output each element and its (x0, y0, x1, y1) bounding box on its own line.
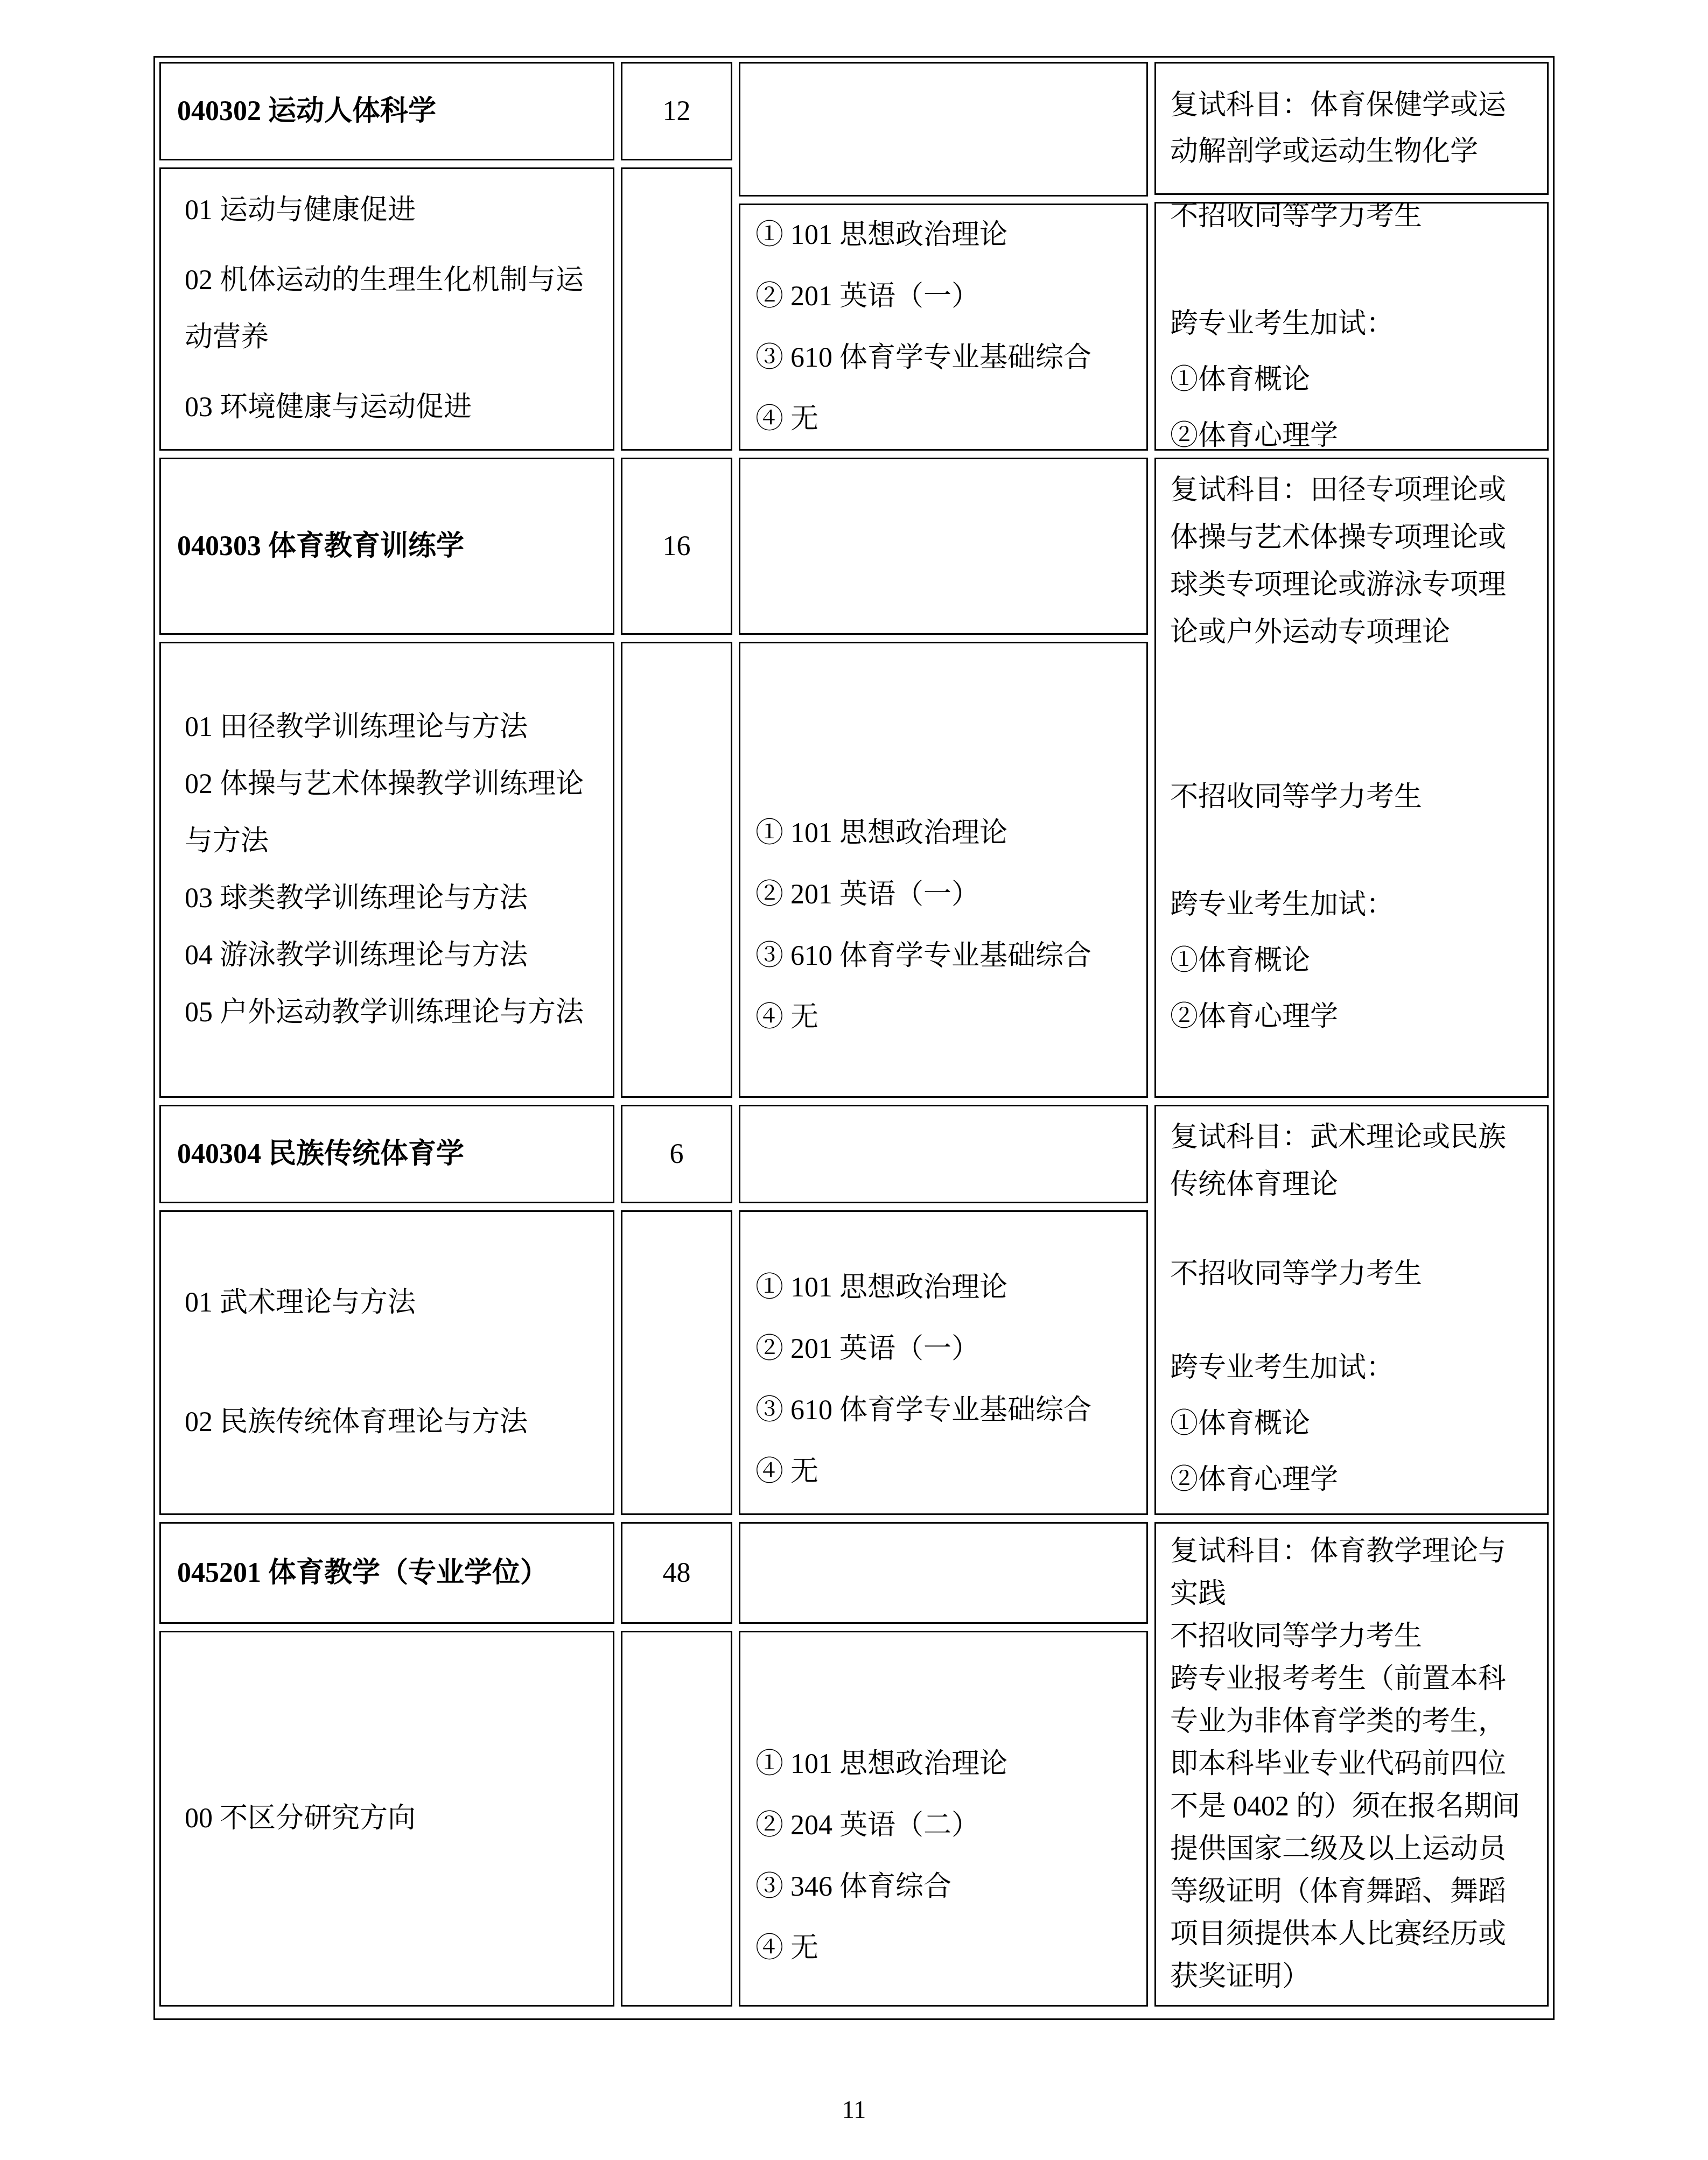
note-item: ②体育心理学 (1170, 989, 1533, 1045)
empty-cell (621, 1210, 732, 1515)
retest-text: 复试科目：武术理论或民族传统体育理论 (1170, 1114, 1533, 1209)
column-quota: 12 (621, 62, 732, 451)
direction-item: 02 体操与艺术体操教学训练理论与方法 (185, 756, 589, 870)
note-item: 跨专业考生加试： (1170, 877, 1533, 933)
subject-item: ④ 无 (755, 987, 1138, 1048)
note-item: 不招收同等学力考生 (1170, 1615, 1533, 1658)
direction-item: 04 游泳教学训练理论与方法 (185, 927, 589, 984)
program-name: 040303 体育教育训练学 (177, 524, 597, 569)
column-subjects: ① 101 思想政治理论 ② 201 英语（一） ③ 610 体育学专业基础综合… (739, 62, 1148, 451)
note-item: 不招收同等学力考生 (1170, 769, 1533, 825)
document-page: 040302 运动人体科学 01 运动与健康促进 02 机体运动的生理生化机制与… (0, 0, 1708, 2160)
subjects-cell: ① 101 思想政治理论 ② 201 英语（一） ③ 610 体育学专业基础综合… (739, 642, 1148, 1098)
subjects-cell: ① 101 思想政治理论 ② 201 英语（一） ③ 610 体育学专业基础综合… (739, 1210, 1148, 1515)
empty-cell (621, 1631, 732, 2007)
subject-item: ③ 346 体育综合 (755, 1856, 1138, 1918)
column-quota: 16 (621, 458, 732, 1098)
direction-item: 05 户外运动教学训练理论与方法 (185, 984, 589, 1041)
program-block-045201: 045201 体育教学（专业学位） 00 不区分研究方向 48 ① 101 思想… (159, 1522, 1549, 2007)
column-program: 040302 运动人体科学 01 运动与健康促进 02 机体运动的生理生化机制与… (159, 62, 614, 451)
quota-value: 12 (663, 89, 691, 134)
direction-item: 02 机体运动的生理生化机制与运动营养 (185, 252, 589, 366)
direction-item: 03 球类教学训练理论与方法 (185, 870, 589, 927)
subject-item: ① 101 思想政治理论 (755, 803, 1138, 864)
remarks-cell: 复试科目：体育教学理论与实践 不招收同等学力考生 跨专业报考考生（前置本科专业为… (1154, 1522, 1549, 2007)
quota-cell: 12 (621, 62, 732, 160)
note-item: ②体育心理学 (1170, 1452, 1533, 1508)
subject-item: ② 201 英语（一） (755, 266, 1138, 327)
subject-item: ① 101 思想政治理论 (755, 1257, 1138, 1319)
empty-cell (739, 62, 1148, 197)
note-item: ①体育概论 (1170, 352, 1533, 408)
empty-cell (621, 167, 732, 451)
program-name-cell: 045201 体育教学（专业学位） (159, 1522, 614, 1624)
note-item: 跨专业报考考生（前置本科专业为非体育学类的考生，即本科毕业专业代码前四位不是 0… (1170, 1658, 1533, 1998)
note-item: 不招收同等学力考生 (1170, 1246, 1533, 1302)
program-name: 040302 运动人体科学 (177, 89, 597, 134)
direction-item: 00 不区分研究方向 (185, 1790, 589, 1847)
column-subjects: ① 101 思想政治理论 ② 204 英语（二） ③ 346 体育综合 ④ 无 (739, 1522, 1148, 2007)
column-remarks: 复试科目：体育保健学或运动解剖学或运动生物化学 不招收同等学力考生 跨专业考生加… (1154, 62, 1549, 451)
retest-text: 复试科目：体育保健学或运动解剖学或运动生物化学 (1170, 82, 1533, 175)
empty-cell (739, 458, 1148, 635)
subject-item: ③ 610 体育学专业基础综合 (755, 925, 1138, 987)
note-item: 跨专业考生加试： (1170, 1340, 1533, 1396)
quota-cell: 16 (621, 458, 732, 635)
subject-item: ④ 无 (755, 1918, 1138, 1979)
direction-item: 01 武术理论与方法 (185, 1274, 589, 1331)
direction-item: 01 运动与健康促进 (185, 182, 589, 239)
remarks-cell: 复试科目：武术理论或民族传统体育理论 不招收同等学力考生 跨专业考生加试： ①体… (1154, 1105, 1549, 1515)
program-name-cell: 040303 体育教育训练学 (159, 458, 614, 635)
retest-cell: 复试科目：体育保健学或运动解剖学或运动生物化学 (1154, 62, 1549, 195)
subject-item: ② 204 英语（二） (755, 1795, 1138, 1856)
quota-value: 16 (663, 524, 691, 569)
column-program: 040304 民族传统体育学 01 武术理论与方法 02 民族传统体育理论与方法 (159, 1105, 614, 1515)
column-remarks: 复试科目：武术理论或民族传统体育理论 不招收同等学力考生 跨专业考生加试： ①体… (1154, 1105, 1549, 1515)
quota-value: 6 (670, 1132, 684, 1176)
subject-item: ① 101 思想政治理论 (755, 1734, 1138, 1795)
subject-item: ② 201 英语（一） (755, 864, 1138, 925)
note-item: 跨专业考生加试： (1170, 296, 1533, 352)
note-item: ①体育概论 (1170, 1396, 1533, 1452)
note-item: ②体育心理学 (1170, 408, 1533, 451)
direction-item: 01 田径教学训练理论与方法 (185, 699, 589, 756)
subjects-cell: ① 101 思想政治理论 ② 201 英语（一） ③ 610 体育学专业基础综合… (739, 204, 1148, 451)
quota-value: 48 (663, 1551, 691, 1595)
subject-item: ④ 无 (755, 389, 1138, 450)
directions-cell: 00 不区分研究方向 (159, 1631, 614, 2007)
program-block-040303: 040303 体育教育训练学 01 田径教学训练理论与方法 02 体操与艺术体操… (159, 458, 1549, 1098)
column-subjects: ① 101 思想政治理论 ② 201 英语（一） ③ 610 体育学专业基础综合… (739, 1105, 1148, 1515)
direction-item: 02 民族传统体育理论与方法 (185, 1394, 589, 1451)
program-name: 045201 体育教学（专业学位） (177, 1551, 597, 1595)
program-name-cell: 040302 运动人体科学 (159, 62, 614, 160)
column-quota: 48 (621, 1522, 732, 2007)
subject-item: ④ 无 (755, 1441, 1138, 1503)
column-quota: 6 (621, 1105, 732, 1515)
column-program: 045201 体育教学（专业学位） 00 不区分研究方向 (159, 1522, 614, 2007)
retest-text: 复试科目：田径专项理论或体操与艺术体操专项理论或球类专项理论或游泳专项理论或户外… (1170, 467, 1533, 656)
note-item: ①体育概论 (1170, 933, 1533, 989)
subjects-cell: ① 101 思想政治理论 ② 204 英语（二） ③ 346 体育综合 ④ 无 (739, 1631, 1148, 2007)
directions-cell: 01 武术理论与方法 02 民族传统体育理论与方法 (159, 1210, 614, 1515)
quota-cell: 6 (621, 1105, 732, 1203)
notes-cell: 不招收同等学力考生 跨专业考生加试： ①体育概论 ②体育心理学 (1154, 202, 1549, 451)
column-remarks: 复试科目：田径专项理论或体操与艺术体操专项理论或球类专项理论或游泳专项理论或户外… (1154, 458, 1549, 1098)
subject-item: ③ 610 体育学专业基础综合 (755, 327, 1138, 389)
program-block-040304: 040304 民族传统体育学 01 武术理论与方法 02 民族传统体育理论与方法… (159, 1105, 1549, 1515)
directions-cell: 01 运动与健康促进 02 机体运动的生理生化机制与运动营养 03 环境健康与运… (159, 167, 614, 451)
column-subjects: ① 101 思想政治理论 ② 201 英语（一） ③ 610 体育学专业基础综合… (739, 458, 1148, 1098)
program-name: 040304 民族传统体育学 (177, 1132, 597, 1176)
empty-cell (621, 642, 732, 1098)
subject-item: ① 101 思想政治理论 (755, 205, 1138, 266)
admissions-table: 040302 运动人体科学 01 运动与健康促进 02 机体运动的生理生化机制与… (153, 56, 1555, 2020)
empty-cell (739, 1522, 1148, 1624)
column-remarks: 复试科目：体育教学理论与实践 不招收同等学力考生 跨专业报考考生（前置本科专业为… (1154, 1522, 1549, 2007)
note-item: 不招收同等学力考生 (1170, 202, 1533, 244)
quota-cell: 48 (621, 1522, 732, 1624)
page-number: 11 (0, 2095, 1708, 2124)
directions-cell: 01 田径教学训练理论与方法 02 体操与艺术体操教学训练理论与方法 03 球类… (159, 642, 614, 1098)
retest-text: 复试科目：体育教学理论与实践 (1170, 1530, 1533, 1615)
empty-cell (739, 1105, 1148, 1203)
program-block-040302: 040302 运动人体科学 01 运动与健康促进 02 机体运动的生理生化机制与… (159, 62, 1549, 451)
subject-item: ② 201 英语（一） (755, 1319, 1138, 1380)
direction-item: 03 环境健康与运动促进 (185, 379, 589, 436)
column-program: 040303 体育教育训练学 01 田径教学训练理论与方法 02 体操与艺术体操… (159, 458, 614, 1098)
remarks-cell: 复试科目：田径专项理论或体操与艺术体操专项理论或球类专项理论或游泳专项理论或户外… (1154, 458, 1549, 1098)
program-name-cell: 040304 民族传统体育学 (159, 1105, 614, 1203)
subject-item: ③ 610 体育学专业基础综合 (755, 1380, 1138, 1441)
